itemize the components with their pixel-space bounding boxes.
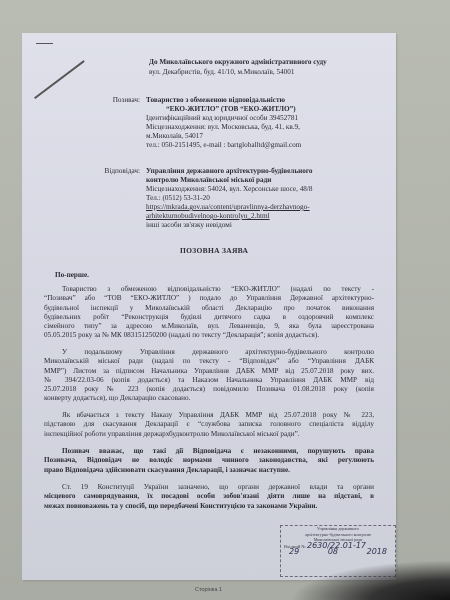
document-title: ПОЗОВНА ЗАЯВА	[180, 246, 248, 255]
defendant-address: Місцезнаходження: 54024, вул. Херсонське…	[146, 185, 312, 194]
defendant-phone: Тел.: (0512) 53-31-20	[146, 194, 210, 203]
plaintiff-address-line2: м.Миколаїв, 54017	[146, 132, 203, 141]
paragraph-1: Товариство з обмеженою відповідальністю …	[44, 285, 374, 341]
plaintiff-contacts: тел.: 050-2151495, e-mail : bartgloballt…	[146, 141, 301, 150]
paragraph-3: Як вбачається з тексту Наказу Управління…	[44, 411, 374, 439]
defendant-label: Відповідач:	[84, 167, 140, 176]
paragraph-2: У подальшому Управління державного архіт…	[44, 348, 374, 404]
plaintiff-name-line1: Товариство з обмеженою відповідальністю	[146, 96, 285, 105]
section-heading: По-перше.	[55, 271, 89, 280]
court-address: вул. Декабристів, буд. 41/10, м.Миколаїв…	[149, 68, 294, 77]
defendant-url-line2[interactable]: arhitekturnobudivelnogo-kontrolyu_2.html	[146, 212, 270, 221]
page-number: Сторінка 1	[195, 587, 222, 593]
document-page: До Миколаївського окружного адміністрати…	[22, 33, 396, 580]
defendant-name-line2: контролю Миколаївської міської ради	[146, 176, 271, 185]
plaintiff-label: Позивач:	[90, 96, 140, 105]
paragraph-4: Позивач вважає, що такі дії Відповідача …	[44, 447, 374, 475]
defendant-other-contacts: інші засоби зв'язку невідомі	[146, 221, 232, 230]
table-shadow	[290, 560, 450, 600]
defendant-name-line1: Управління державного архітектурно-будів…	[146, 167, 313, 176]
plaintiff-name-line2: “ЕКО-ЖИТЛО” (ТОВ “ЕКО-ЖИТЛО”)	[166, 105, 296, 114]
stamp-date: 29 08 2018	[281, 549, 395, 555]
paragraph-5: Ст. 19 Конституції України зазначено, що…	[44, 483, 374, 511]
court-name: До Миколаївського окружного адміністрати…	[149, 58, 327, 67]
plaintiff-id-code: Ідентифікаційний код юридичної особи 394…	[146, 114, 298, 123]
pen-mark-dash	[36, 43, 53, 44]
pen-mark-slash	[34, 60, 84, 99]
plaintiff-address-line1: Місцезнаходження: вул. Московська, буд. …	[146, 123, 300, 132]
defendant-url-line1[interactable]: https://mkrada.gov.ua/content/upravlinny…	[146, 203, 310, 212]
